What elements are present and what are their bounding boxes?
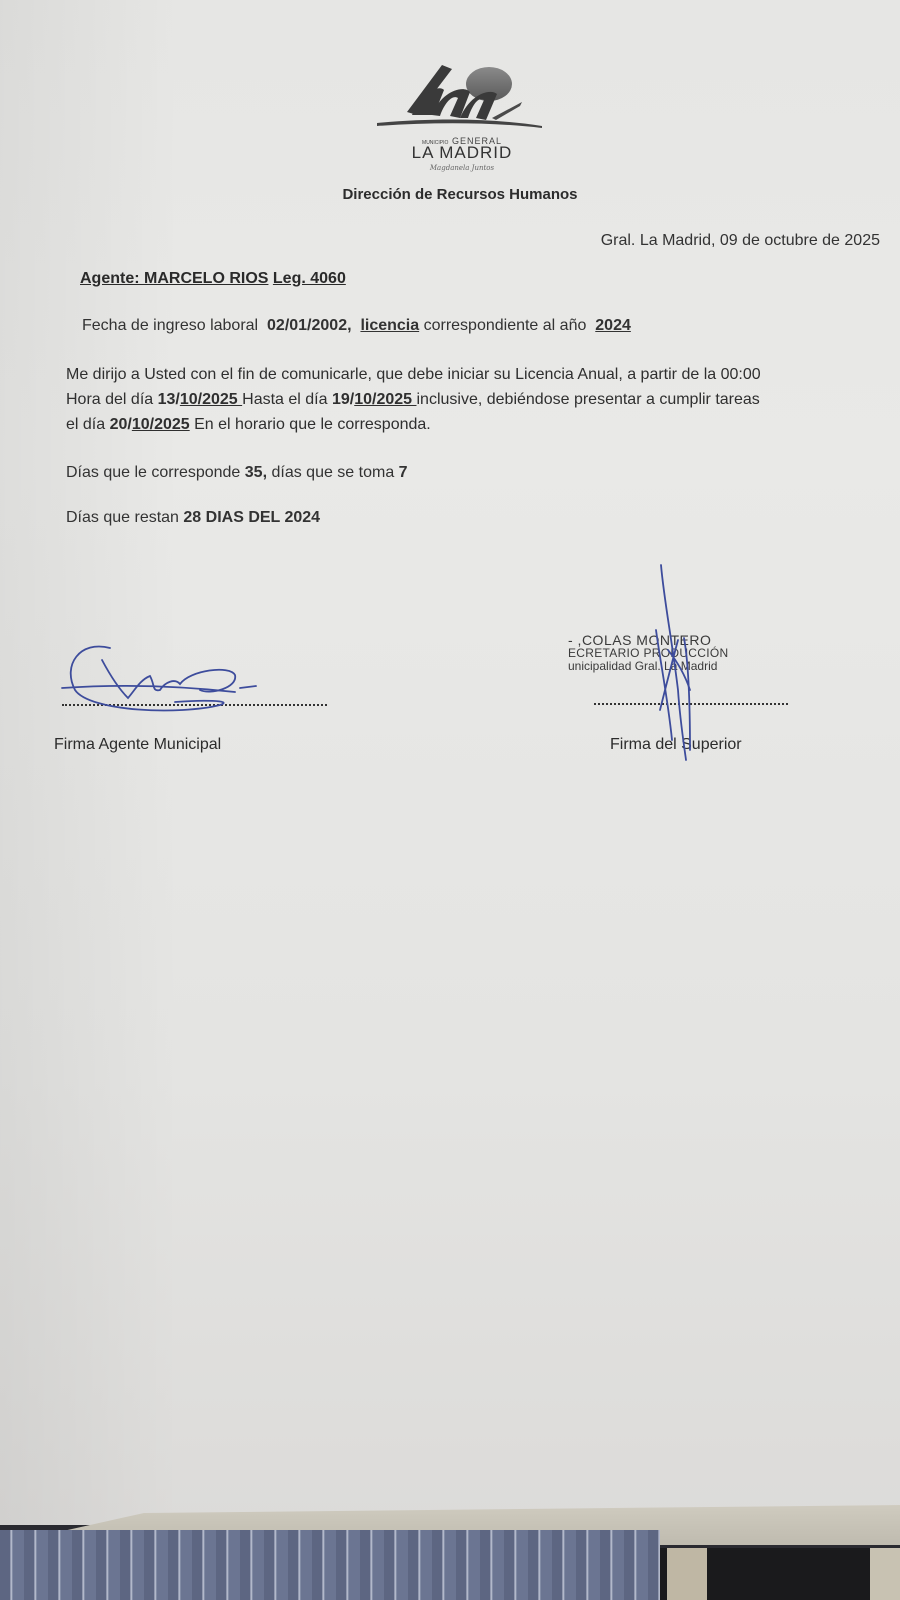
days-remaining-value: 28 DIAS DEL 2024 [183,509,320,526]
background-strip [667,1548,707,1600]
days-taken-value: 7 [399,464,408,481]
licencia-year: 2024 [595,317,631,334]
stamp-office: unicipalidad Gral. La Madrid [568,660,728,673]
days-remaining-line: Días que restan 28 DIAS DEL 2024 [66,509,320,527]
days-entitled-value: 35, [245,464,267,481]
agent-heading: Agente: MARCELO RIOS Leg. 4060 [80,270,346,288]
superior-signature-line [594,703,788,705]
licencia-word: licencia [360,317,419,334]
background-strip-right [870,1548,900,1600]
ingreso-middle: correspondiente al año [419,317,591,334]
agent-legajo: Leg. 4060 [273,270,346,287]
end-date-day: 19/ [332,391,354,408]
return-date-day: 20/ [110,416,132,433]
notice-line-1: Me dirijo a Usted con el fin de comunica… [66,362,896,387]
municipality-tagline: Magdanela Juntos [392,164,532,172]
return-date-rest: 10/2025 [132,416,190,433]
notice-paragraph: Me dirijo a Usted con el fin de comunica… [66,362,896,437]
notice-line-2: Hora del día 13/10/2025 Hasta el día 19/… [66,387,896,412]
ingreso-label: Fecha de ingreso laboral [82,317,263,334]
ingreso-date: 02/01/2002, [267,317,352,334]
agent-signature-label: Firma Agente Municipal [54,736,221,754]
end-date-rest: 10/2025 [354,391,416,408]
days-entitled-line: Días que le corresponde 35, días que se … [66,464,408,482]
department-title: Dirección de Recursos Humanos [310,186,610,203]
start-date-day: 13/ [158,391,180,408]
municipality-logo-icon [372,60,547,140]
page-shadow [0,0,180,1525]
striped-fabric [0,1530,660,1600]
municipality-name: LA MADRID [392,143,532,163]
agent-name: Agente: MARCELO RIOS [80,270,268,287]
notice-line-3: el día 20/10/2025 En el horario que le c… [66,412,896,437]
start-date-rest: 10/2025 [180,391,242,408]
ingreso-line: Fecha de ingreso laboral 02/01/2002, lic… [82,317,631,335]
superior-signature-label: Firma del Superior [610,736,742,754]
official-stamp: - ,COLAS MONTERO ECRETARIO PRODUCCIÓN un… [568,634,728,673]
place-and-date: Gral. La Madrid, 09 de octubre de 2025 [540,232,880,250]
agent-signature-line [62,704,327,706]
